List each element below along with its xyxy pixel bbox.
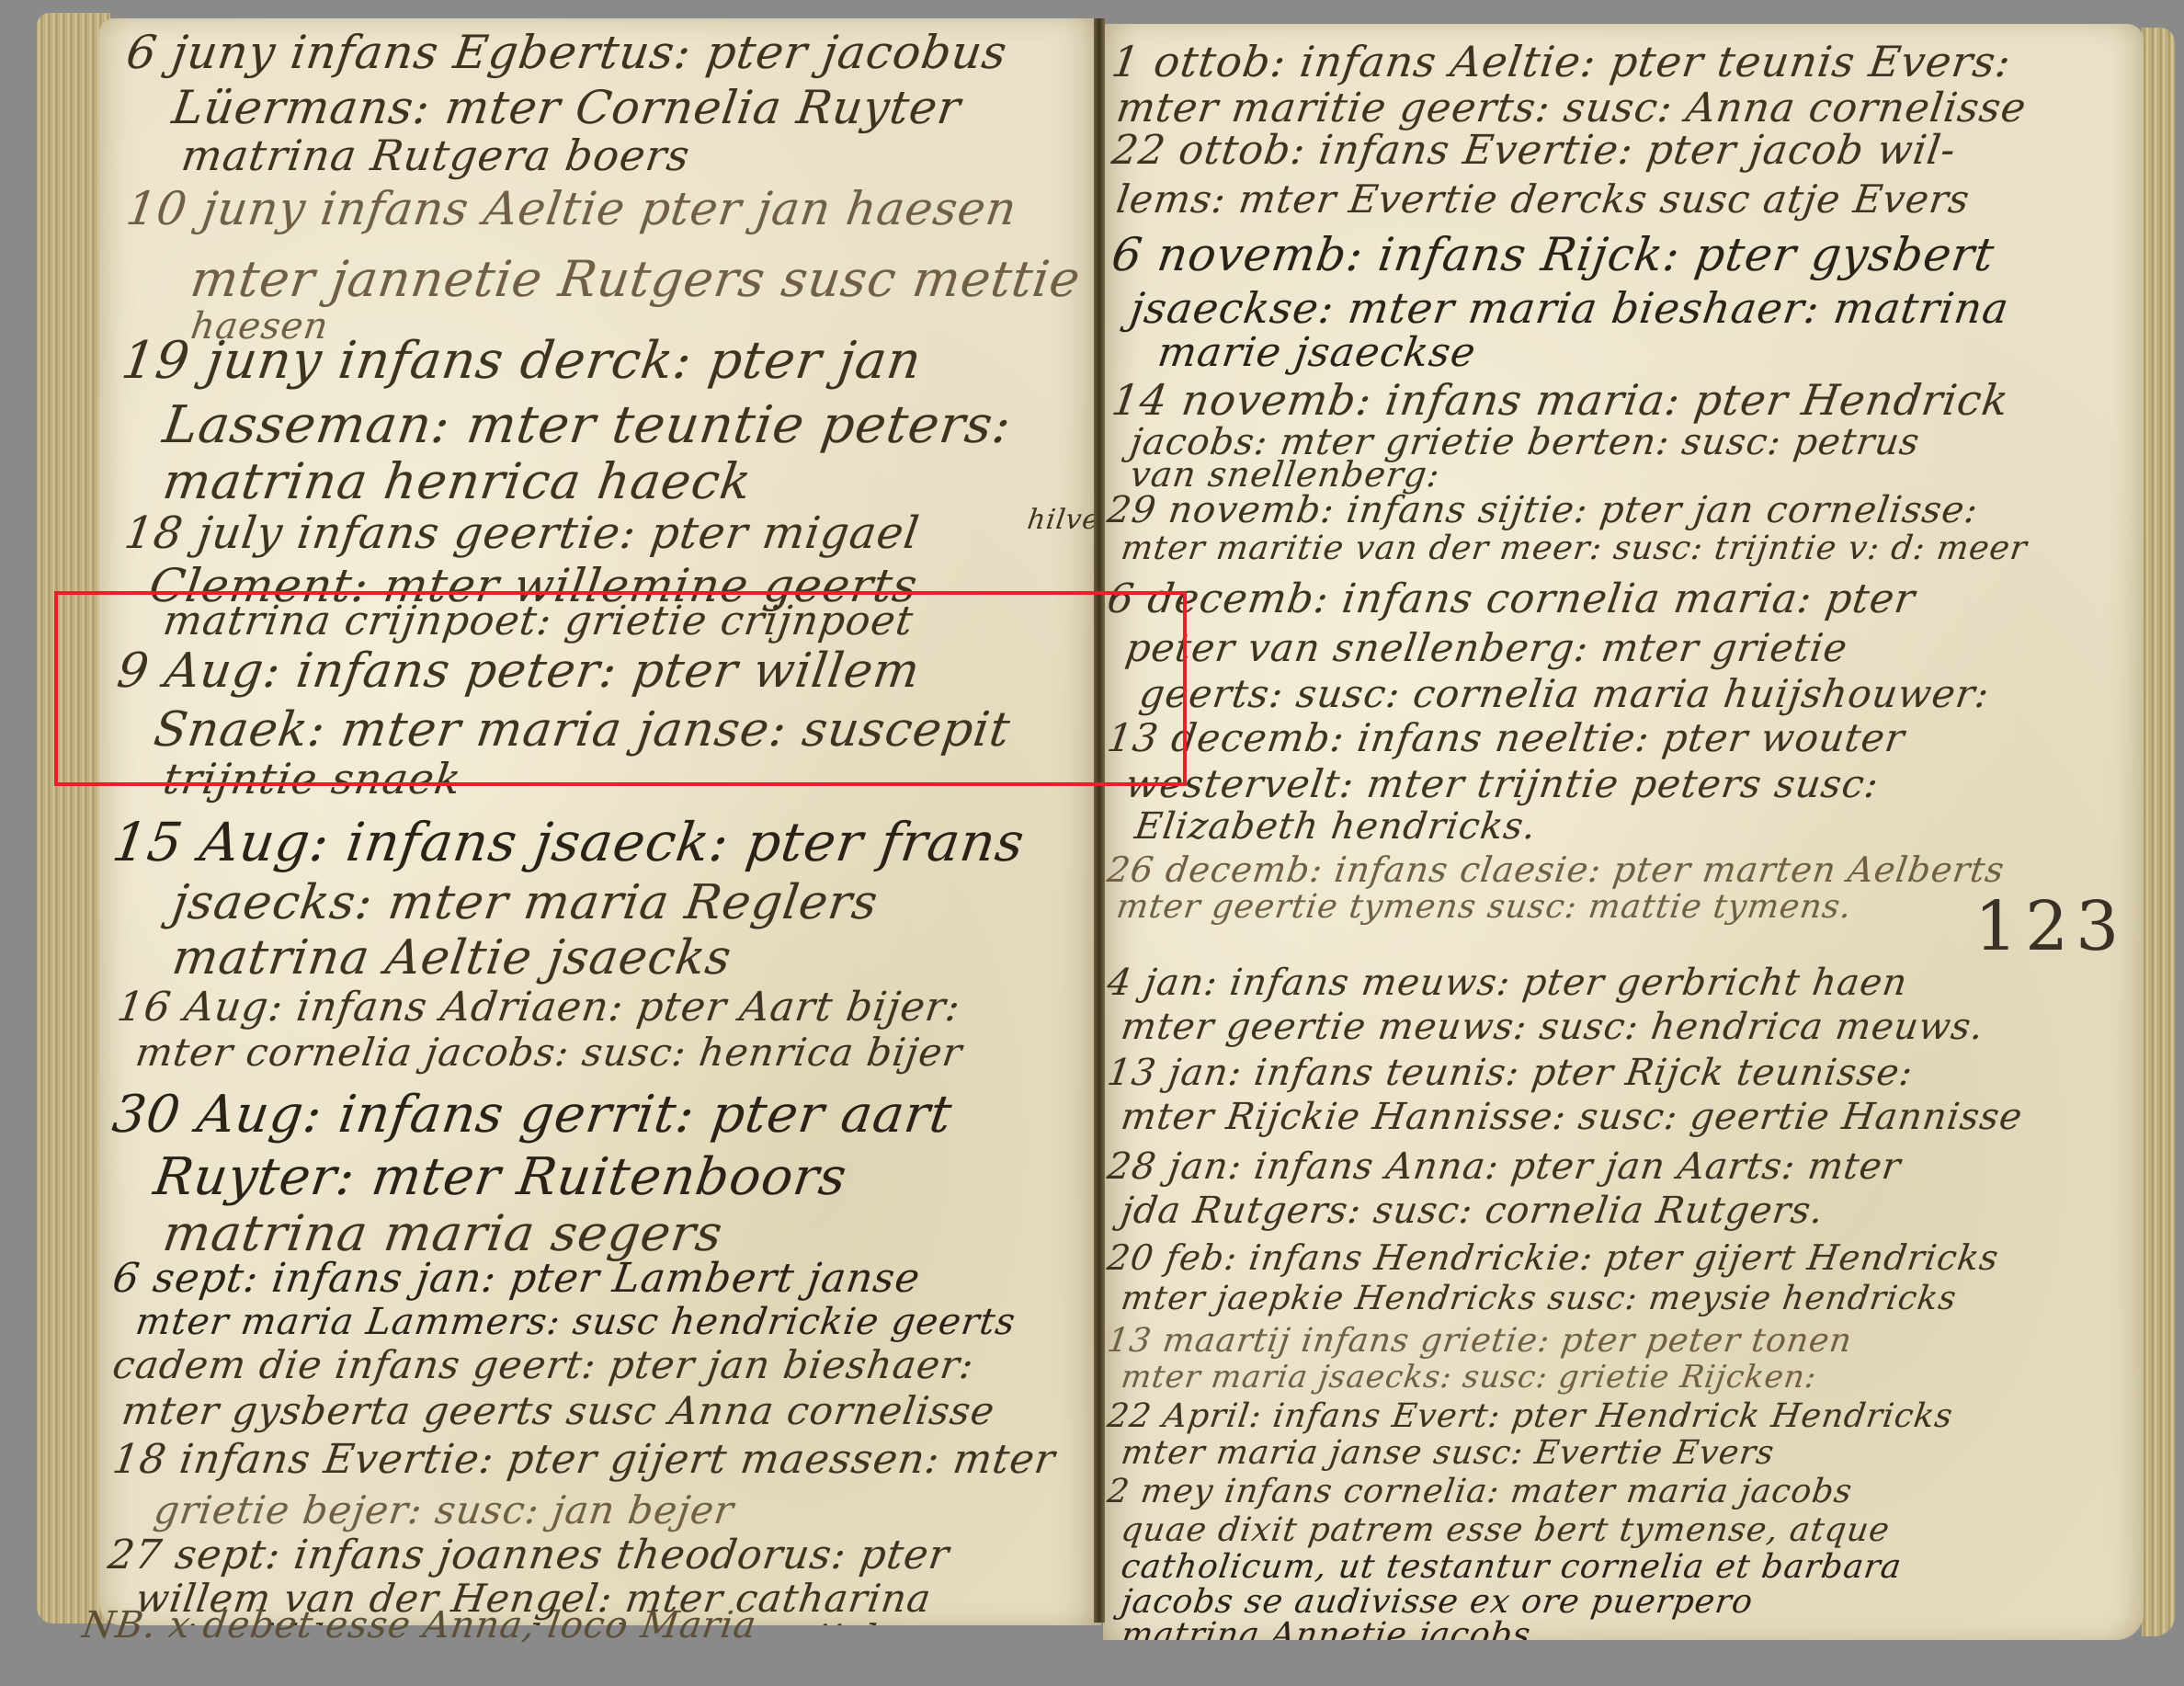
entry-line: mter maria janse susc: Evertie Evers (1119, 1434, 1777, 1472)
entry-line: 20 feb: infans Hendrickie: pter gijert H… (1105, 1237, 2002, 1278)
entry-line: grietie bejer: susc: jan bejer (152, 1487, 737, 1532)
entry-line: Elizabeth hendricks. (1132, 805, 1540, 848)
entry-line: 30 Aug: infans gerrit: pter aart (108, 1085, 956, 1145)
entry-line: 22 ottob: infans Evertie: pter jacob wil… (1109, 127, 1959, 174)
entry-line: peter van snellenberg: mter grietie (1123, 625, 1851, 670)
entry-line: mter jannetie Rutgers susc mettie (188, 250, 1085, 308)
entry-line: mter maritie geerts: susc: Anna cornelis… (1113, 85, 2029, 131)
entry-line: geerts: susc: cornelia maria huijshouwer… (1137, 671, 1993, 716)
entry-line: jda Rutgers: susc: cornelia Rutgers. (1119, 1190, 1826, 1232)
right-page: 1 ottob: infans Aeltie: pter teunis Ever… (1103, 24, 2144, 1640)
entry-line: 6 juny infans Egbertus: pter jacobus (123, 26, 1011, 79)
entry-line: 28 jan: infans Anna: pter jan Aarts: mte… (1105, 1145, 1904, 1188)
entry-line: mter geertie meuws: susc: hendrica meuws… (1119, 1006, 1987, 1048)
entry-line: Ruyter: mter Ruitenboors (150, 1147, 850, 1207)
entry-line: jsaecks: mter maria Reglers (169, 875, 882, 930)
open-register-book: 6 juny infans Egbertus: pter jacobus Lüe… (0, 0, 2184, 1686)
entry-line: 22 April: infans Evert: pter Hendrick He… (1105, 1397, 1955, 1435)
entry-line: mter gysberta geerts susc Anna corneliss… (119, 1388, 998, 1433)
entry-line: 27 sept: infans joannes theodorus: pter (105, 1532, 952, 1578)
entry-line: 13 jan: infans teunis: pter Rijck teunis… (1105, 1052, 1916, 1094)
entry-line: matrina Annetie jacobs (1119, 1616, 1533, 1640)
entry-line: 18 july infans geertie: pter migael (121, 507, 923, 559)
entry-line: 19 juny infans derck: pter jan (118, 331, 925, 391)
entry-line: mter maria jsaecks: susc: grietie Rijcke… (1119, 1359, 1819, 1396)
entry-line: matrina maria segers (160, 1204, 727, 1262)
entry-line: quae dixit patrem esse bert tymense, atq… (1119, 1511, 1893, 1549)
entry-line: mter maria Lammers: susc hendrickie geer… (133, 1301, 1018, 1343)
entry-line: cadem die infans geert: pter jan bieshae… (110, 1342, 977, 1387)
entry-line: 29 novemb: infans sijtie: pter jan corne… (1105, 489, 1981, 531)
left-page: 6 juny infans Egbertus: pter jacobus Lüe… (99, 18, 1101, 1625)
entry-line: 26 decemb: infans claesie: pter marten A… (1105, 849, 2008, 890)
entry-line: mter geertie tymens susc: mattie tymens. (1114, 888, 1854, 926)
entry-line: matrina henrica haeck (160, 452, 756, 510)
entry-line: 6 sept: infans jan: pter Lambert janse (109, 1255, 923, 1302)
entry-line: 14 novemb: infans maria: pter Hendrick (1109, 375, 2012, 425)
entry-line: 13 decemb: infans neeltie: pter wouter (1105, 715, 1908, 760)
entry-line: lems: mter Evertie dercks susc atje Ever… (1114, 177, 1974, 222)
entry-line: matrina Rutgera boers (178, 131, 693, 180)
entry-line: catholicum, ut testantur cornelia et bar… (1119, 1548, 1904, 1586)
nota-bene-note: NB. x debet esse Anna, loco Maria (80, 1604, 759, 1646)
entry-line: westervelt: mter trijntie peters susc: (1123, 761, 1883, 806)
right-page-edges (2142, 28, 2175, 1636)
entry-line: jsaeckse: mter maria bieshaer: matrina (1127, 283, 2012, 333)
margin-note: hilveg (1026, 504, 1101, 536)
entry-line: Lasseman: mter teuntie peters: (159, 395, 1015, 455)
entry-line: 15 Aug: infans jsaeck: pter frans (108, 811, 1029, 873)
highlighted-entry-box[interactable] (54, 591, 1187, 786)
entry-line: 2 mey infans cornelia: mater maria jacob… (1105, 1473, 1855, 1510)
entry-line: mter cornelia jacobs: susc: henrica bije… (133, 1030, 966, 1075)
entry-line: mter Rijckie Hannisse: susc: geertie Han… (1119, 1096, 2026, 1138)
book-spine-gutter (1094, 18, 1105, 1623)
entry-line: matrina Aeltie jsaecks (169, 930, 735, 985)
entry-line: 6 decemb: infans cornelia maria: pter (1104, 575, 1917, 622)
entry-line: 6 novemb: infans Rijck: pter gysbert (1109, 228, 1998, 281)
entry-line: marie jsaeckse (1155, 329, 1479, 376)
entry-line: mter maritie van der meer: susc: trijnti… (1119, 530, 2030, 567)
entry-line: mter jaepkie Hendricks susc: meysie hend… (1119, 1280, 1959, 1317)
entry-line: 16 Aug: infans Adriaen: pter Aart bijer: (114, 984, 963, 1031)
entry-line: 13 maartij infans grietie: pter peter to… (1105, 1322, 1854, 1360)
entry-line: 10 juny infans Aeltie pter jan haesen (123, 182, 1020, 235)
entry-line: jacobs se audivisse ex ore puerpero (1119, 1583, 1756, 1621)
entry-line: 4 jan: infans meuws: pter gerbricht haen (1105, 962, 1910, 1004)
entry-line: 18 infans Evertie: pter gijert maessen: … (109, 1436, 1058, 1483)
entry-line: 1 ottob: infans Aeltie: pter teunis Ever… (1109, 37, 2014, 86)
entry-line: Lüermans: mter Cornelia Ruyter (169, 81, 964, 134)
page-number: 123 (1974, 887, 2126, 966)
